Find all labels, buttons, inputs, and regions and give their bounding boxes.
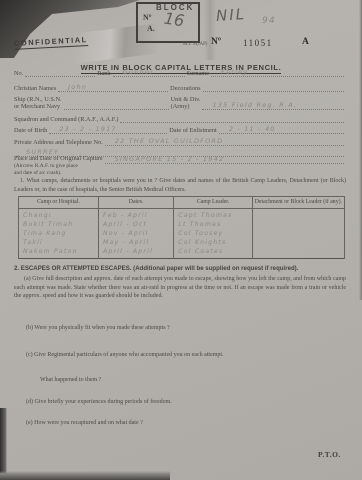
camp-column: Changi Bukit Timah Tima Kang Takli Nakom… [19, 209, 99, 259]
row-names-decorations: Christian Names John Decorations [14, 83, 346, 92]
christian-names-field: John [58, 83, 168, 92]
block-number-stamp: BLOCK Nº A. 16 [136, 2, 200, 43]
camp-entry: Tima Kang [23, 229, 94, 238]
christian-names-label: Christian Names [14, 85, 56, 92]
capture-label-line3: and date of a/c crash). [14, 170, 103, 177]
dob-label: Date of Birth [14, 127, 47, 134]
form-reference: M.I. 9/(JAP) [183, 42, 207, 47]
ship-label-line1: Ship (R.N., U.S.N. [14, 96, 62, 103]
rank-field: Gunner [113, 68, 185, 77]
surname-label: Surname [187, 70, 209, 77]
no-label: No. [14, 70, 23, 77]
camps-table-header-row: Camp or Hospital. Dates. Camp Leader. De… [19, 197, 345, 209]
no-field [25, 68, 95, 77]
serial-no-label: Nº [211, 37, 221, 47]
unit-label-line2: (Army) [171, 103, 201, 110]
row-capture: Place and Date of Original Capture (Airc… [14, 153, 346, 176]
block-number-handwritten: 16 [163, 9, 186, 31]
pto-footer: P.T.O. [318, 450, 341, 459]
dates-column: Feb - April April - Oct Nov - April May … [98, 209, 173, 259]
capture-value: SINGAPORE 15 - 2 - 1942 [115, 155, 225, 163]
address-field: 22 THE OVAL GUILDFORD [105, 137, 344, 146]
block-leader-column [252, 209, 344, 259]
squadron-field [120, 114, 344, 123]
camps-table-body-row: Changi Bukit Timah Tima Kang Takli Nakom… [19, 209, 345, 259]
leader-column: Capt Thomas Lt Thomas Col Toosey Col Kni… [174, 209, 252, 259]
camp-entry: Bukit Timah [23, 220, 94, 229]
ship-field [64, 101, 169, 110]
block-stamp-a-label: A. [147, 24, 155, 33]
camps-table: Camp or Hospital. Dates. Camp Leader. De… [18, 196, 345, 259]
leader-entry: Col Toosey [178, 229, 247, 238]
question-2d: (d) Give briefly your experiences during… [26, 398, 346, 407]
header-leader: Camp Leader. [174, 197, 252, 209]
rank-label: Rank [97, 70, 110, 77]
christian-names-value: John [68, 83, 87, 91]
row-no-rank-surname: No. Rank Gunner Surname Farley [14, 68, 346, 77]
unit-label-line1: Unit & Div. [171, 96, 201, 103]
address-label: Private Address and Telephone No. [14, 139, 103, 146]
camp-entry: Takli [23, 238, 94, 247]
leader-entry: Col Coates [178, 247, 247, 256]
surname-value: Farley [221, 68, 248, 76]
row-dob-enlistment: Date of Birth 23 - 2 - 1917 Date of Enli… [14, 125, 346, 134]
squadron-label: Squadron and Command (R.A.F., A.A.F.) [14, 116, 118, 123]
question-2e: (e) How were you recaptured and on what … [26, 419, 346, 428]
dob-field: 23 - 2 - 1917 [49, 125, 167, 134]
enlistment-field: 2 - 11 - 40 [219, 125, 344, 134]
question-1: 1. What camps, detachments or hospitals … [14, 177, 346, 194]
document-photo: BLOCK Nº A. 16 NIL 94 CONFIDENTIAL M.I. … [0, 0, 362, 480]
surname-field: Farley [211, 68, 344, 77]
leader-entry: Col Knights [178, 238, 247, 247]
dob-value: 23 - 2 - 1917 [59, 125, 117, 133]
header-block-leader: Detachment or Block Leader (if any). [252, 197, 344, 209]
capture-label-line2: (Aircrew R.A.F. to give place [14, 163, 103, 170]
question-2-heading: 2. ESCAPES OR ATTEMPTED ESCAPES. (Additi… [14, 265, 346, 274]
question-2b: (b) Were you physically fit when you mad… [26, 324, 346, 333]
question-2a: (a) Give full description and approx. da… [14, 275, 346, 301]
block-stamp-no-label: Nº [143, 13, 151, 22]
header-camp: Camp or Hospital. [19, 197, 99, 209]
capture-label-line1: Place and Date of Original Capture [14, 155, 103, 163]
photo-edge-left [0, 408, 7, 480]
camp-entry: Nakom Paton [23, 247, 94, 256]
pencil-initials: 94 [262, 16, 276, 26]
decorations-field [203, 83, 344, 92]
camp-entry: Changi [23, 211, 94, 220]
row-ship-unit: Ship (R.N., U.S.N. or Merchant Navy Unit… [14, 96, 346, 110]
question-2c: (c) Give Regimental particulars of anyon… [26, 351, 346, 360]
leader-entry: Lt Thomas [178, 220, 247, 229]
header-dates: Dates. [98, 197, 173, 209]
dates-entry: May - April [103, 238, 169, 247]
ship-label-line2: or Merchant Navy [14, 103, 62, 110]
nil-annotation: NIL [215, 5, 246, 25]
serial-number: 11051 [243, 38, 273, 48]
question-2c-followup: What happened to them ? [40, 376, 340, 385]
decorations-label: Decorations [170, 85, 200, 92]
row-squadron: Squadron and Command (R.A.F., A.A.F.) [14, 114, 346, 123]
dates-entry: Nov - April [103, 229, 169, 238]
rank-value: Gunner [123, 68, 154, 76]
leader-entry: Capt Thomas [178, 211, 247, 220]
unit-field: 135 Field Reg. R.A. [202, 101, 344, 110]
dates-entry: April - April [103, 247, 169, 256]
enlistment-value: 2 - 11 - 40 [229, 125, 276, 133]
enlistment-label: Date of Enlistment [169, 127, 217, 134]
unit-value: 135 Field Reg. R.A. [212, 101, 297, 109]
dates-entry: April - Oct [103, 220, 169, 229]
capture-field: SINGAPORE 15 - 2 - 1942 [105, 153, 344, 164]
dates-entry: Feb - April [103, 211, 169, 220]
row-address: Private Address and Telephone No. 22 THE… [14, 137, 346, 146]
address-value: 22 THE OVAL GUILDFORD [115, 137, 224, 145]
photo-edge-bottom [0, 471, 170, 480]
serial-suffix: A [302, 37, 309, 47]
